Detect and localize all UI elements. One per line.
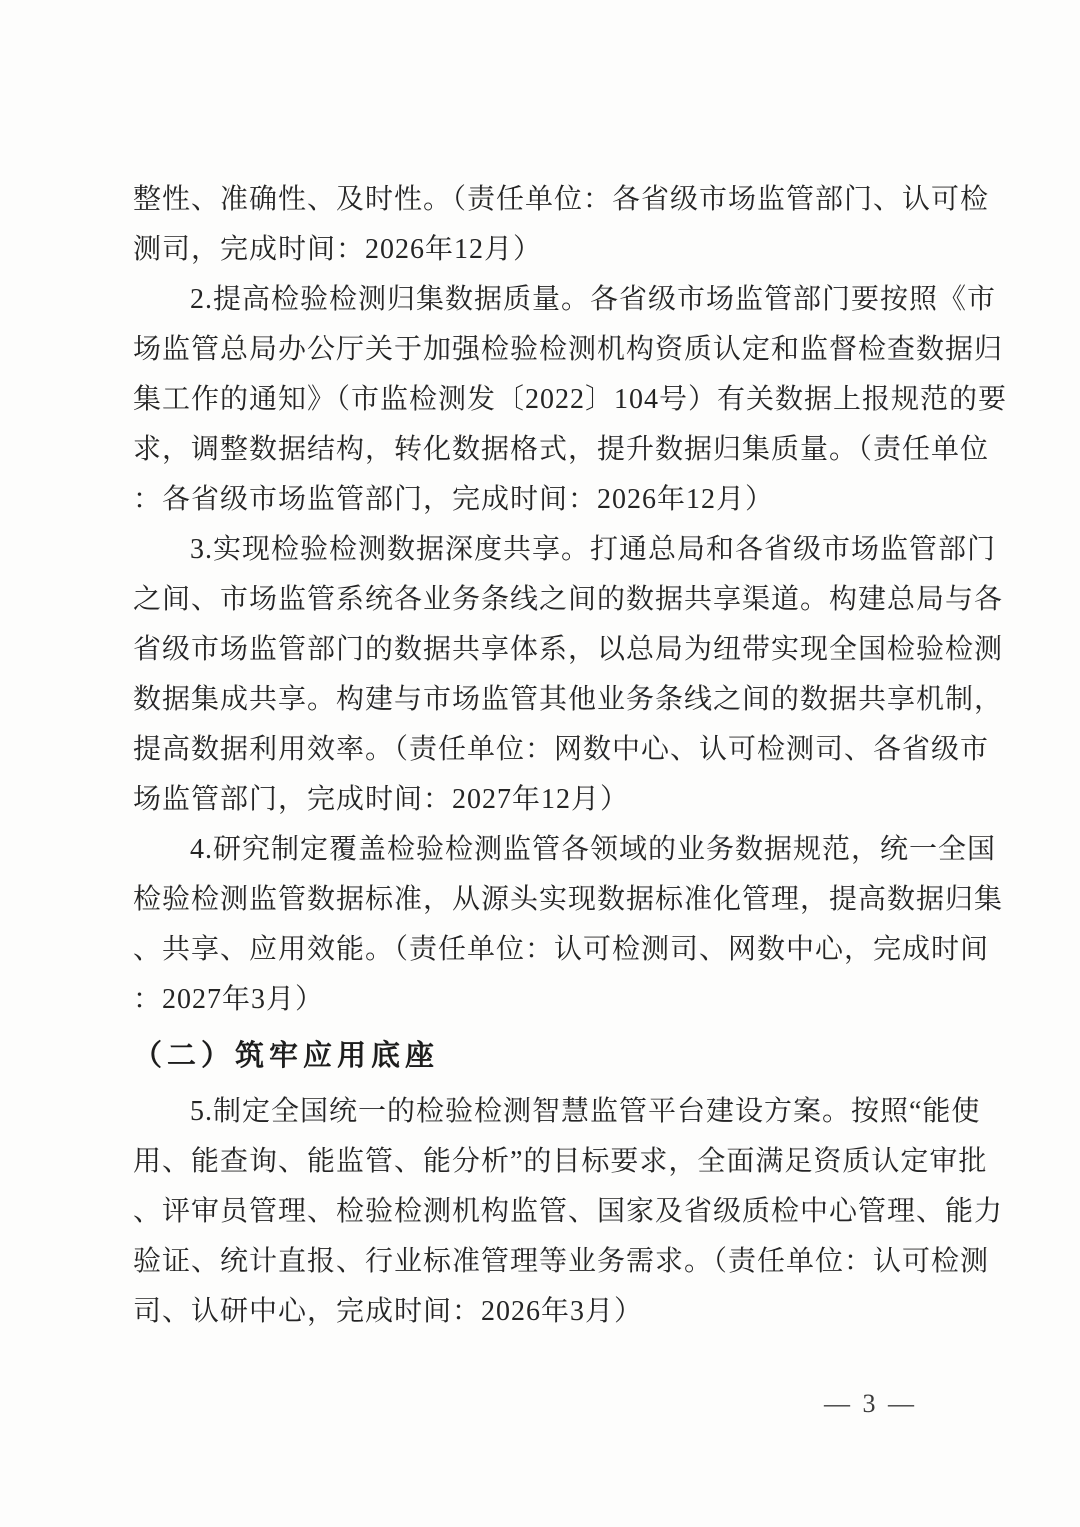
text-line: 检验检测监管数据标准，从源头实现数据标准化管理，提高数据归集 <box>133 875 949 925</box>
text-line: 3.实现检验检测数据深度共享。打通总局和各省级市场监管部门 <box>133 525 949 575</box>
text-line: 2.提高检验检测归集数据质量。各省级市场监管部门要按照《市 <box>133 275 949 325</box>
text-line: 、评审员管理、检验检测机构监管、国家及省级质检中心管理、能力 <box>133 1187 949 1237</box>
text-line: 之间、市场监管系统各业务条线之间的数据共享渠道。构建总局与各 <box>133 575 949 625</box>
text-line: ：2027年3月） <box>133 975 949 1025</box>
page-number: — 3 — <box>824 1388 917 1420</box>
text-line: 提高数据利用效率。（责任单位：网数中心、认可检测司、各省级市 <box>133 725 949 775</box>
text-line: 集工作的通知》（市监检测发〔2022〕104号）有关数据上报规范的要 <box>133 375 949 425</box>
paragraph: 2.提高检验检测归集数据质量。各省级市场监管部门要按照《市 场监管总局办公厅关于… <box>133 275 949 525</box>
section-heading: （二）筑牢应用底座 <box>133 1031 949 1081</box>
document-page: 整性、准确性、及时性。（责任单位：各省级市场监管部门、认可检 测司，完成时间：2… <box>0 0 1080 1527</box>
text-line: 求，调整数据结构，转化数据格式，提升数据归集质量。（责任单位 <box>133 425 949 475</box>
paragraph: 3.实现检验检测数据深度共享。打通总局和各省级市场监管部门 之间、市场监管系统各… <box>133 525 949 825</box>
text-line: 整性、准确性、及时性。（责任单位：各省级市场监管部门、认可检 <box>133 175 949 225</box>
text-line: 用、能查询、能监管、能分析”的目标要求，全面满足资质认定审批 <box>133 1137 949 1187</box>
text-line: 数据集成共享。构建与市场监管其他业务条线之间的数据共享机制， <box>133 675 949 725</box>
paragraph: 5.制定全国统一的检验检测智慧监管平台建设方案。按照“能使 用、能查询、能监管、… <box>133 1087 949 1337</box>
text-line: 5.制定全国统一的检验检测智慧监管平台建设方案。按照“能使 <box>133 1087 949 1137</box>
text-line: 场监管部门，完成时间：2027年12月） <box>133 775 949 825</box>
text-line: 验证、统计直报、行业标准管理等业务需求。（责任单位：认可检测 <box>133 1237 949 1287</box>
text-line: ：各省级市场监管部门，完成时间：2026年12月） <box>133 475 949 525</box>
text-line: 场监管总局办公厅关于加强检验检测机构资质认定和监督检查数据归 <box>133 325 949 375</box>
text-line: 司、认研中心，完成时间：2026年3月） <box>133 1287 949 1337</box>
text-line: 、共享、应用效能。（责任单位：认可检测司、网数中心，完成时间 <box>133 925 949 975</box>
text-line: 省级市场监管部门的数据共享体系，以总局为纽带实现全国检验检测 <box>133 625 949 675</box>
text-line: 4.研究制定覆盖检验检测监管各领域的业务数据规范，统一全国 <box>133 825 949 875</box>
text-line: 测司，完成时间：2026年12月） <box>133 225 949 275</box>
paragraph: 4.研究制定覆盖检验检测监管各领域的业务数据规范，统一全国 检验检测监管数据标准… <box>133 825 949 1025</box>
paragraph: 整性、准确性、及时性。（责任单位：各省级市场监管部门、认可检 测司，完成时间：2… <box>133 175 949 275</box>
document-body: 整性、准确性、及时性。（责任单位：各省级市场监管部门、认可检 测司，完成时间：2… <box>133 175 949 1337</box>
